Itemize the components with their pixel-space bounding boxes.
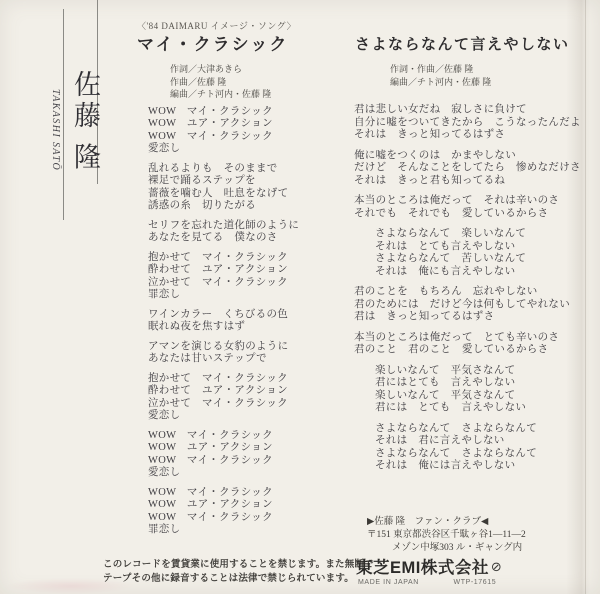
lyric-stanza: さよならなんて さよならなんてそれは 君に言えやしないさよならなんて さよならな… — [375, 423, 590, 473]
lyric-line: 君のことを もちろん 忘れやしない — [354, 286, 590, 299]
lyric-line: それは きっと知ってるはずさ — [354, 129, 590, 142]
artist-name-romaji: TAKASHI SATŌ — [50, 89, 61, 171]
catalog-number: WTP-17615 — [454, 579, 497, 586]
song2-title: さよならなんて言えやしない — [355, 35, 590, 55]
lyric-line: それでも それでも 愛しているからさ — [354, 208, 590, 221]
fanclub-title: ▶佐藤 隆 ファン・クラブ◀ — [367, 516, 526, 529]
lyric-line: 楽しいなんて 平気さなんて — [375, 365, 590, 378]
lyric-sheet: 佐藤 隆 TAKASHI SATŌ 〈'84 DAIMARU イメージ・ソング〉… — [0, 0, 600, 594]
song1-lyrics: WOW マイ・クラシックWOW ユア・アクションWOW マイ・クラシック愛恋し乱… — [148, 106, 353, 537]
lyric-line: 本当のところは俺だって とても辛いのさ — [354, 332, 590, 345]
lyric-stanza: ワインカラー くちびるの色眠れぬ夜を焦すはず — [148, 309, 353, 334]
lyric-line: 泣かせて マイ・クラシック — [148, 398, 353, 411]
lyric-line: WOW マイ・クラシック — [148, 131, 353, 144]
lyric-line: WOW ユア・アクション — [148, 442, 353, 455]
lyric-line: 君のこと 君のこと 愛しているからさ — [354, 344, 590, 357]
lyric-line: 罪恋し — [148, 524, 353, 537]
lyric-line: 抱かせて マイ・クラシック — [148, 373, 353, 386]
lyric-line: WOW マイ・クラシック — [148, 512, 353, 525]
fanclub-address-line1: 〒151 東京都渋谷区千駄ヶ谷1—11—2 — [367, 529, 526, 542]
lyric-line: 酔わせて ユア・アクション — [148, 264, 353, 277]
lyric-line: 楽しいなんて 平気さなんて — [375, 390, 590, 403]
publisher-name: 東芝EMI株式会社 — [356, 559, 489, 577]
copyright-line-1: このレコードを賃貸業に使用することを禁じます。また無断で — [103, 558, 374, 572]
song-my-classic: 〈'84 DAIMARU イメージ・ソング〉 マイ・クラシック 作詞／大津あきら… — [137, 21, 353, 544]
lyric-line: 酔わせて ユア・アクション — [148, 385, 353, 398]
lyric-line: 君のためには だけど今は何もしてやれない — [354, 299, 590, 312]
song2-lyrics: 君は悲しい女だね 寂しさに負けて自分に嘘をついてきたから こうなったんだよそれは… — [354, 104, 590, 473]
lyric-stanza: 本当のところは俺だって とても辛いのさ君のこと 君のこと 愛しているからさ — [354, 332, 590, 357]
song2-arranger-credit: 編曲／チト河内・佐藤 隆 — [390, 76, 590, 89]
lyric-line: さよならなんて さよならなんて — [375, 423, 590, 436]
lyric-stanza: 楽しいなんて 平気さなんて君にはとても 言えやしない楽しいなんて 平気さなんて君… — [375, 365, 590, 415]
lyric-line: WOW マイ・クラシック — [148, 106, 353, 119]
lyric-line: さよならなんて 楽しいなんて — [375, 228, 590, 241]
song2-writer-credit: 作詞・作曲／佐藤 隆 — [390, 63, 590, 76]
song1-credits: 作詞／大津あきら 作曲／佐藤 隆 編曲／チト河内・佐藤 隆 — [170, 63, 353, 101]
lyric-line: あなたは甘いステップで — [148, 353, 353, 366]
lyric-line: 俺に嘘をつくのは かまやしない — [354, 150, 590, 163]
lyric-stanza: セリフを忘れた道化師のようにあなたを見てる 僕なのさ — [148, 220, 353, 245]
song1-arranger-credit: 編曲／チト河内・佐藤 隆 — [170, 88, 353, 101]
lyric-stanza: 本当のところは俺だって それは辛いのさそれでも それでも 愛しているからさ — [354, 195, 590, 220]
lyric-line: さよならなんて 苦しいなんて — [375, 253, 590, 266]
song1-tagline: 〈'84 DAIMARU イメージ・ソング〉 — [137, 21, 353, 32]
lyric-line: 泣かせて マイ・クラシック — [148, 277, 353, 290]
lyric-line: WOW マイ・クラシック — [148, 455, 353, 468]
lyric-stanza: アマンを演じる女豹のようにあなたは甘いステップで — [148, 341, 353, 366]
lyric-stanza: 抱かせて マイ・クラシック酔わせて ユア・アクション泣かせて マイ・クラシック愛… — [148, 373, 353, 423]
lyric-stanza: WOW マイ・クラシックWOW ユア・アクションWOW マイ・クラシック愛恋し — [148, 106, 353, 156]
lyric-line: WOW マイ・クラシック — [148, 430, 353, 443]
lyric-stanza: 君は悲しい女だね 寂しさに負けて自分に嘘をついてきたから こうなったんだよそれは… — [354, 104, 590, 142]
lyric-line: 眠れぬ夜を焦すはず — [148, 321, 353, 334]
record-company-logo-icon: ⊘ — [491, 559, 502, 574]
lyric-line: アマンを演じる女豹のように — [148, 341, 353, 354]
lyric-line: WOW ユア・アクション — [148, 118, 353, 131]
lyric-stanza: 君のことを もちろん 忘れやしない君のためには だけど今は何もしてやれない君は … — [354, 286, 590, 324]
lyric-line: 裸足で踊るステップを — [148, 175, 353, 188]
lyric-line: 本当のところは俺だって それは辛いのさ — [354, 195, 590, 208]
lyric-line: 誘惑の糸 切りたがる — [148, 200, 353, 213]
lyric-stanza: さよならなんて 楽しいなんてそれは とても言えやしないさよならなんて 苦しいなん… — [375, 228, 590, 278]
lyric-line: 君にはとても 言えやしない — [375, 377, 590, 390]
lyric-line: それは 君に言えやしない — [375, 435, 590, 448]
made-in-japan-label: MADE IN JAPAN — [358, 579, 419, 586]
lyric-line: ワインカラー くちびるの色 — [148, 309, 353, 322]
lyric-stanza: 抱かせて マイ・クラシック酔わせて ユア・アクション泣かせて マイ・クラシック罪… — [148, 252, 353, 302]
lyric-stanza: 乱れるよりも そのままで裸足で踊るステップを薔薇を噛む人 吐息をなげて誘惑の糸 … — [148, 163, 353, 213]
lyric-line: セリフを忘れた道化師のように — [148, 220, 353, 233]
song2-credits: 作詞・作曲／佐藤 隆 編曲／チト河内・佐藤 隆 — [390, 63, 590, 88]
lyric-line: それは とても言えやしない — [375, 241, 590, 254]
lyric-line: 愛恋し — [148, 467, 353, 480]
lyric-line: それは 俺にも言えやしない — [375, 266, 590, 279]
song1-composer-credit: 作曲／佐藤 隆 — [170, 76, 353, 89]
song-sayonara-nante: さよならなんて言えやしない 作詞・作曲／佐藤 隆 編曲／チト河内・佐藤 隆 君は… — [352, 35, 590, 481]
lyric-line: 自分に嘘をついてきたから こうなったんだよ — [354, 117, 590, 130]
lyric-line: 君は悲しい女だね 寂しさに負けて — [354, 104, 590, 117]
lyric-stanza: WOW マイ・クラシックWOW ユア・アクションWOW マイ・クラシック罪恋し — [148, 487, 353, 537]
copyright-line-2: テープその他に録音することは法律で禁じられています。 — [103, 572, 374, 586]
fanclub-info: ▶佐藤 隆 ファン・クラブ◀ 〒151 東京都渋谷区千駄ヶ谷1—11—2 メゾン… — [367, 516, 526, 555]
catalog-line: MADE IN JAPAN WTP-17615 — [356, 579, 502, 586]
lyric-line: WOW マイ・クラシック — [148, 487, 353, 500]
lyric-line: 愛恋し — [148, 410, 353, 423]
copyright-notice: このレコードを賃貸業に使用することを禁じます。また無断で テープその他に録音する… — [103, 558, 374, 586]
lyric-line: それは きっと君も知ってるね — [354, 175, 590, 188]
lyric-line: 乱れるよりも そのままで — [148, 163, 353, 176]
song1-lyricist-credit: 作詞／大津あきら — [170, 63, 353, 76]
lyric-line: 君には とても 言えやしない — [375, 402, 590, 415]
song1-title: マイ・クラシック — [137, 35, 353, 55]
publisher-block: 東芝EMI株式会社⊘ MADE IN JAPAN WTP-17615 — [356, 554, 502, 586]
sidebar-rule-inner — [63, 9, 64, 220]
lyric-line: 罪恋し — [148, 289, 353, 302]
lyric-line: さよならなんて さよならなんて — [375, 448, 590, 461]
lyric-line: それは 俺には言えやしない — [375, 460, 590, 473]
lyric-line: 抱かせて マイ・クラシック — [148, 252, 353, 265]
lyric-line: 薔薇を噛む人 吐息をなげて — [148, 188, 353, 201]
lyric-line: 愛恋し — [148, 143, 353, 156]
artist-name-kanji: 佐藤 隆 — [66, 70, 105, 174]
lyric-line: だけど そんなことをしてたら 惨めなだけさ — [354, 162, 590, 175]
lyric-line: あなたを見てる 僕なのさ — [148, 232, 353, 245]
lyric-line: WOW ユア・アクション — [148, 499, 353, 512]
lyric-stanza: WOW マイ・クラシックWOW ユア・アクションWOW マイ・クラシック愛恋し — [148, 430, 353, 480]
lyric-line: 君は きっと知ってるはずさ — [354, 311, 590, 324]
lyric-stanza: 俺に嘘をつくのは かまやしないだけど そんなことをしてたら 惨めなだけさそれは … — [354, 150, 590, 188]
